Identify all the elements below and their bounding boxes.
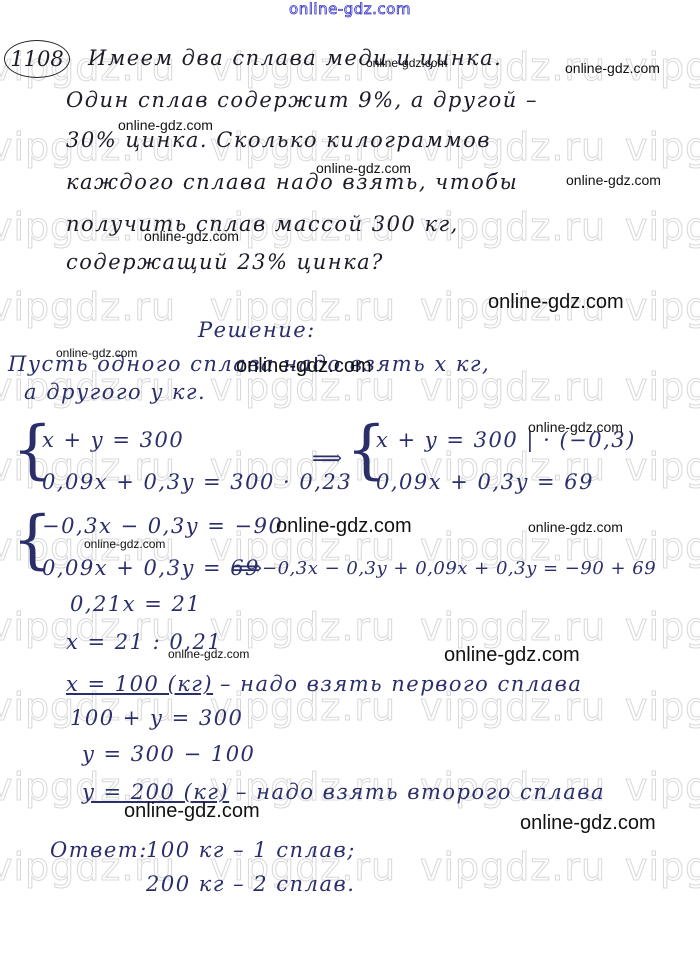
problem-line: каждого сплава надо взять, чтобы	[66, 170, 518, 194]
overlay-watermark: online-gdz.com	[316, 160, 411, 176]
watermark-tile: vipgdz.ru	[0, 285, 176, 329]
overlay-watermark: online-gdz.com	[118, 117, 213, 133]
overlay-watermark: online-gdz.com	[124, 800, 260, 823]
problem-line: получить сплав массой 300 кг,	[66, 212, 459, 236]
top-watermark: online-gdz.com	[0, 0, 700, 18]
watermark-tile: vipgdz.ru	[625, 845, 700, 889]
overlay-watermark: online-gdz.com	[168, 647, 249, 661]
overlay-watermark: online-gdz.com	[444, 644, 580, 667]
solution-step: 100 + y = 300	[70, 706, 243, 730]
problem-number: 1108	[4, 40, 70, 78]
solution-step: y = 300 − 100	[82, 742, 255, 766]
watermark-tile: vipgdz.ru	[625, 205, 700, 249]
sum-line: −0,3x − 0,3y + 0,09x + 0,3y = −90 + 69	[262, 558, 656, 579]
overlay-watermark: online-gdz.com	[565, 60, 660, 76]
overlay-watermark: online-gdz.com	[566, 172, 661, 188]
overlay-watermark: online-gdz.com	[56, 346, 137, 360]
system1-eq: 0,09x + 0,3y = 300 · 0,23	[42, 470, 352, 494]
watermark-tile: vipgdz.ru	[210, 605, 396, 649]
overlay-watermark: online-gdz.com	[144, 228, 239, 244]
watermark-tile: vipgdz.ru	[420, 845, 606, 889]
system1-eq: x + y = 300	[42, 428, 184, 452]
overlay-watermark: online-gdz.com	[528, 419, 623, 435]
overlay-watermark: online-gdz.com	[528, 519, 623, 535]
y-note: – надо взять второго сплава	[236, 780, 605, 804]
watermark-tile: vipgdz.ru	[625, 765, 700, 809]
solution-heading: Решение:	[198, 318, 316, 342]
implies-arrow: ⟹	[312, 446, 344, 470]
solution-step: 0,21x = 21	[70, 592, 201, 616]
watermark-tile: vipgdz.ru	[625, 365, 700, 409]
watermark-tile: vipgdz.ru	[625, 125, 700, 169]
watermark-tile: vipgdz.ru	[420, 605, 606, 649]
problem-line: Один сплав содержит 9%, а другой –	[66, 88, 538, 112]
system3-eq: 0,09x + 0,3y = 69	[42, 556, 260, 580]
overlay-watermark: online-gdz.com	[520, 812, 656, 835]
overlay-watermark: online-gdz.com	[366, 56, 447, 70]
watermark-tile: vipgdz.ru	[625, 285, 700, 329]
problem-line: содержащий 23% цинка?	[66, 250, 384, 274]
overlay-watermark: online-gdz.com	[84, 537, 165, 551]
watermark-tile: vipgdz.ru	[625, 685, 700, 729]
answer-line: 200 кг – 2 сплав.	[146, 872, 355, 896]
system2-eq: 0,09x + 0,3y = 69	[376, 470, 594, 494]
overlay-watermark: online-gdz.com	[276, 515, 412, 538]
answer-label: Ответ:	[50, 838, 148, 862]
watermark-tile: vipgdz.ru	[625, 445, 700, 489]
overlay-watermark: online-gdz.com	[236, 355, 372, 378]
overlay-watermark: online-gdz.com	[488, 291, 624, 314]
x-result: x = 100 (кг)	[66, 672, 213, 696]
x-note: – надо взять первого сплава	[220, 672, 582, 696]
implies-arrow: ⟹	[232, 556, 264, 580]
system3-eq: −0,3x − 0,3y = −90	[42, 514, 283, 538]
solution-intro-line: а другого y кг.	[24, 380, 206, 404]
watermark-tile: vipgdz.ru	[625, 605, 700, 649]
answer-line: 100 кг – 1 сплав;	[146, 838, 356, 862]
